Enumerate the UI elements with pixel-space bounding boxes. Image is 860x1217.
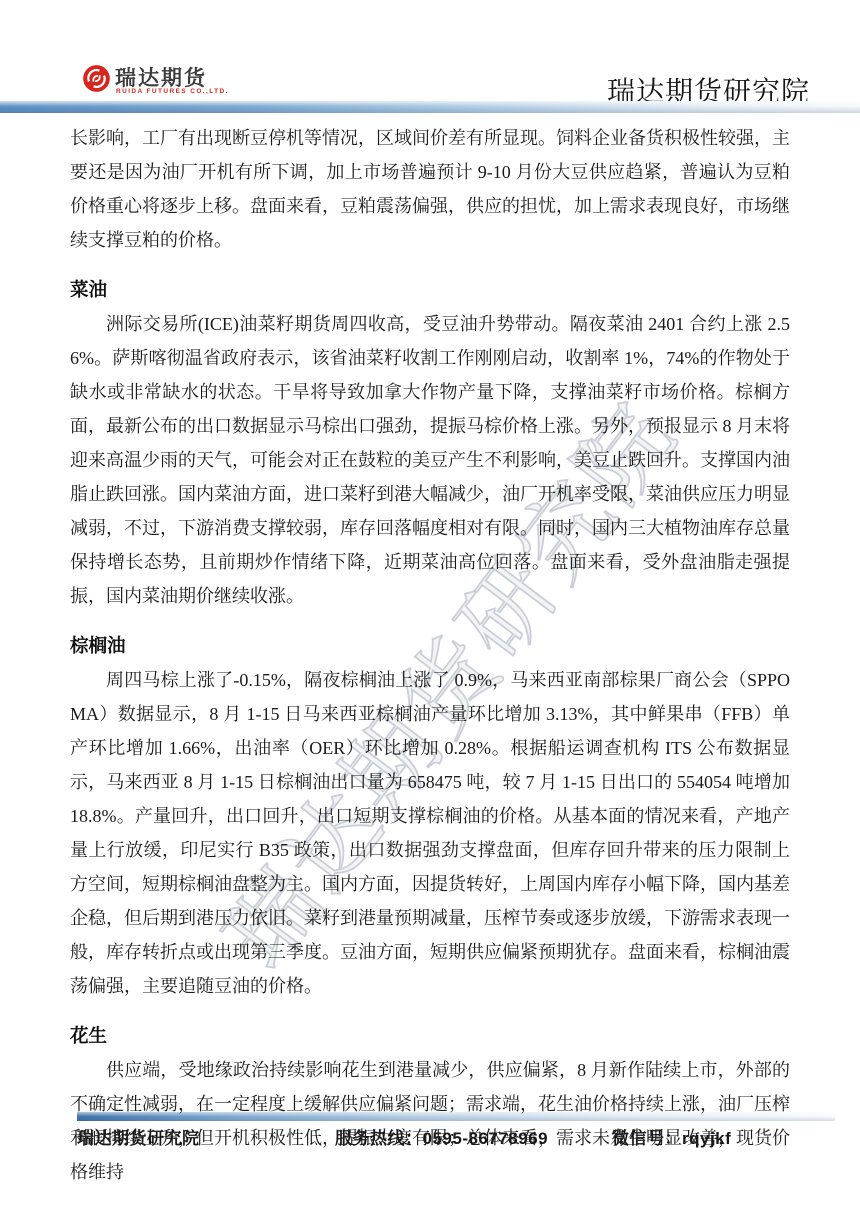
report-body: 长影响，工厂有出现断豆停机等情况，区域间价差有所显现。饲料企业备货积极性较强，主… [70, 121, 790, 1189]
section-paragraph-huasheng: 供应端，受地缘政治持续影响花生到港量减少，供应偏紧，8 月新作陆续上市，外部的不… [70, 1053, 790, 1189]
section-heading-caiyou: 菜油 [70, 273, 790, 307]
section-heading-huasheng: 花生 [70, 1019, 790, 1053]
section-paragraph-caiyou: 洲际交易所(ICE)油菜籽期货周四收高，受豆油升势带动。隔夜菜油 2401 合约… [70, 307, 790, 613]
section-paragraph-zonglvyou: 周四马棕上涨了-0.15%，隔夜棕榈油上涨了 0.9%，马来西亚南部棕果厂商公会… [70, 663, 790, 1003]
report-page: 瑞达期货 RUIDA FUTURES CO.,LTD. 瑞达期货研究院 瑞达期货… [0, 0, 860, 1217]
section-caiyou: 菜油 洲际交易所(ICE)油菜籽期货周四收高，受豆油升势带动。隔夜菜油 2401… [70, 273, 790, 613]
intro-paragraph: 长影响，工厂有出现断豆停机等情况，区域间价差有所显现。饲料企业备货积极性较强，主… [70, 121, 790, 257]
ruida-logo-icon [82, 64, 111, 93]
brand-name-en: RUIDA FUTURES CO.,LTD. [116, 88, 229, 95]
header-divider-bar [0, 101, 860, 113]
section-huasheng: 花生 供应端，受地缘政治持续影响花生到港量减少，供应偏紧，8 月新作陆续上市，外… [70, 1019, 790, 1189]
section-heading-zonglvyou: 棕榈油 [70, 629, 790, 663]
section-zonglvyou: 棕榈油 周四马棕上涨了-0.15%，隔夜棕榈油上涨了 0.9%，马来西亚南部棕果… [70, 629, 790, 1003]
